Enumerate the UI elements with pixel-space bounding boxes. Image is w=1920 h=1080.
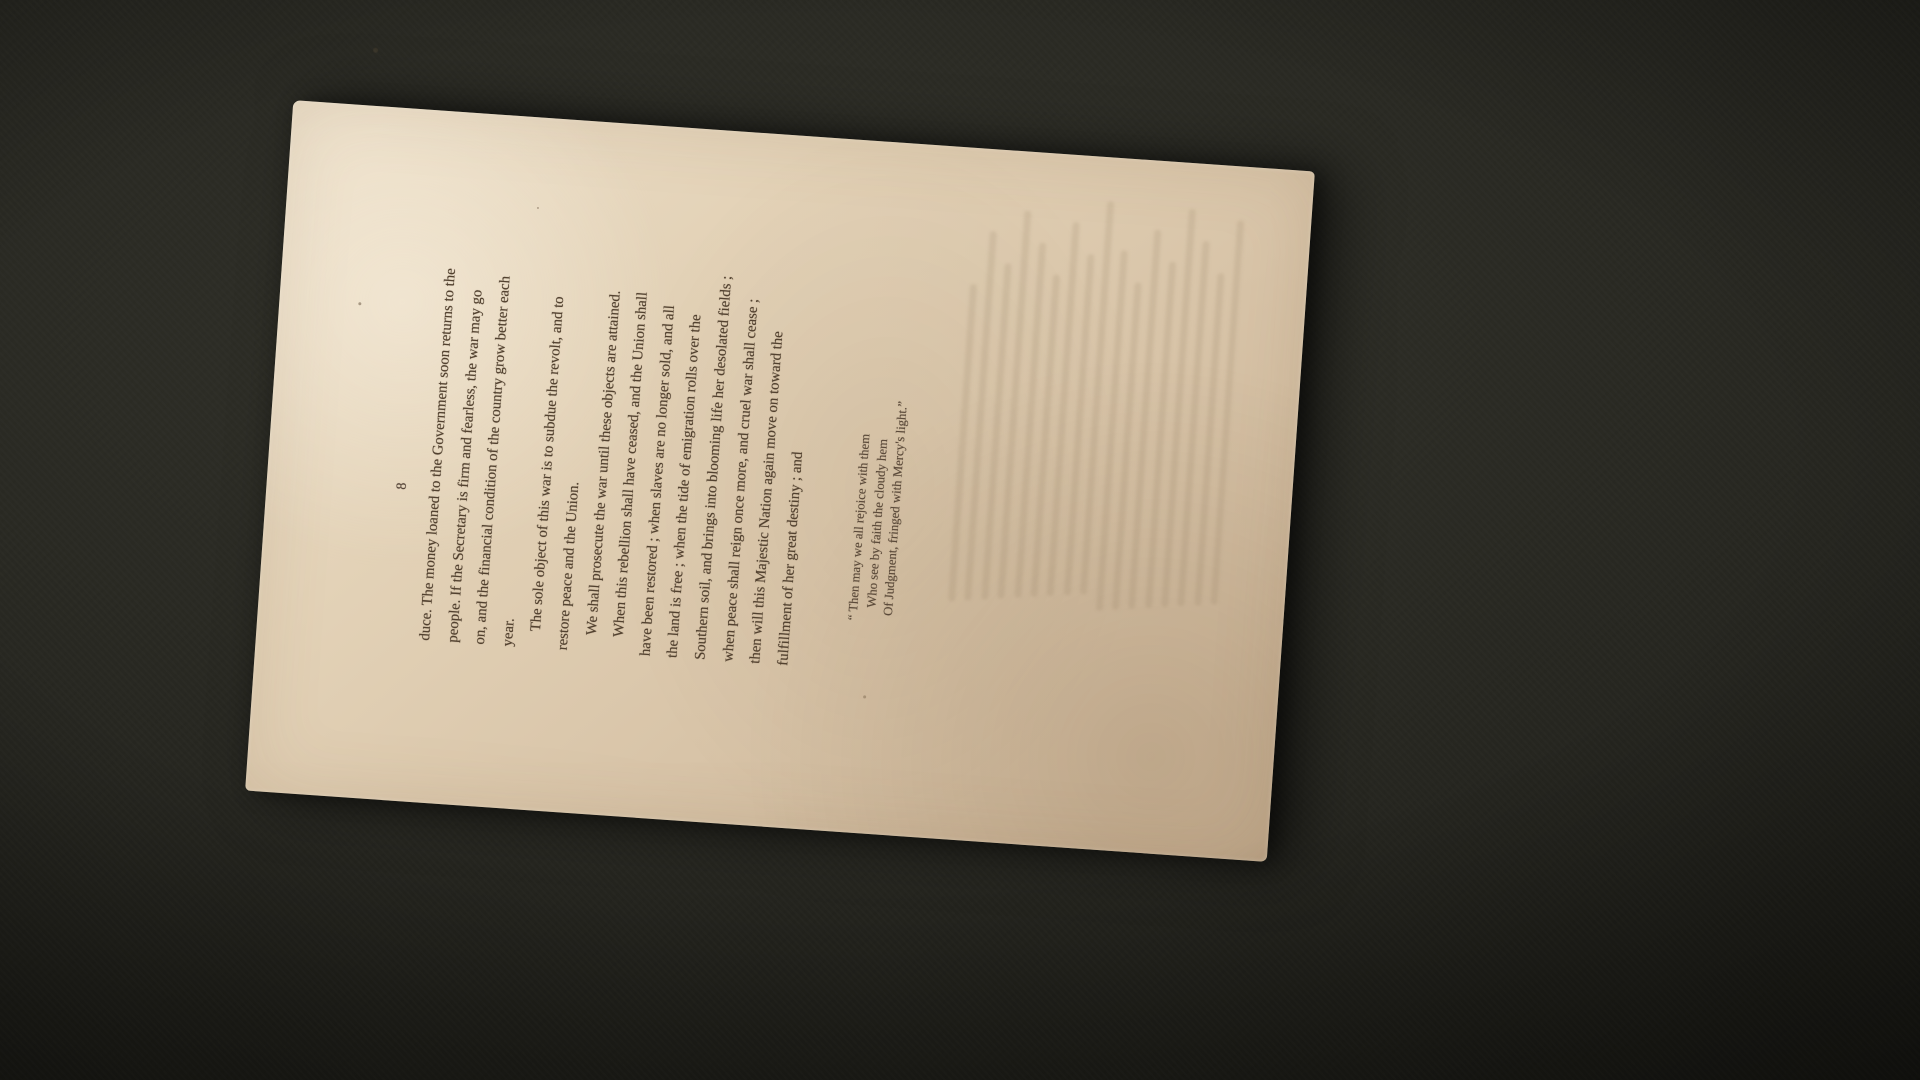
show-through-text xyxy=(948,200,1254,620)
paper-speck xyxy=(358,302,361,305)
quote-block: “ Then may we all rejoice with themWho s… xyxy=(844,398,912,623)
photo-backdrop: 8 duce. The money loaned to the Governme… xyxy=(0,0,1920,1080)
document-page: 8 duce. The money loaned to the Governme… xyxy=(245,100,1315,862)
show-through-line xyxy=(1211,220,1245,605)
show-through-line xyxy=(1080,201,1114,595)
show-through-line xyxy=(998,210,1032,599)
show-through-line xyxy=(1128,230,1161,610)
body-text: duce. The money loaned to the Government… xyxy=(412,225,826,667)
